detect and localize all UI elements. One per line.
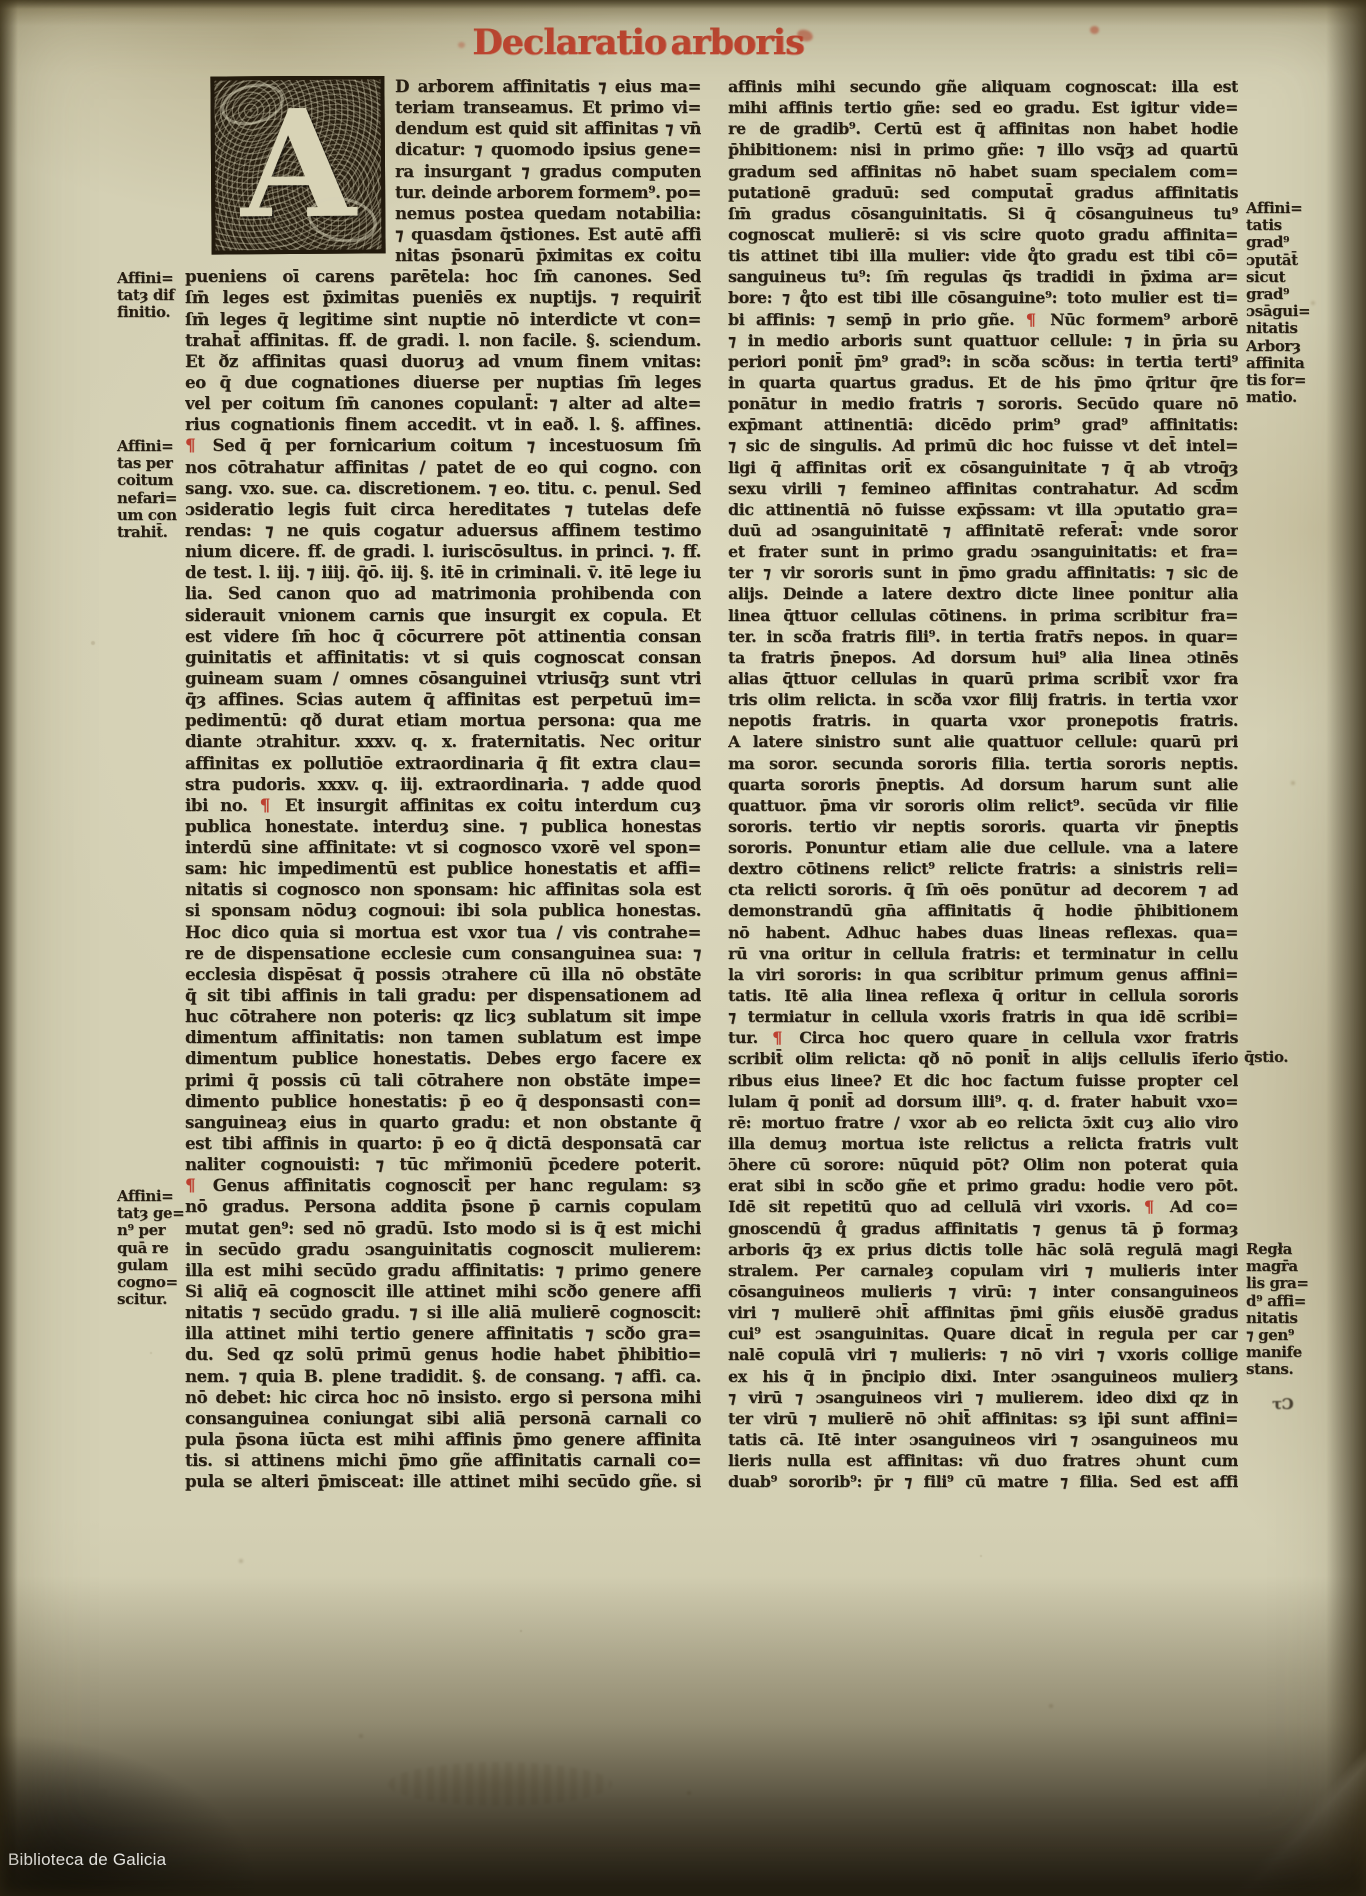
text-line: huc cōtrahere non poteris: qz licȝ subla…: [185, 1006, 701, 1027]
text-line: pula se alteri p̄misceat: ille attinet m…: [185, 1471, 701, 1492]
text-line: ribus eius linee? Et dic hoc factum fuis…: [728, 1070, 1238, 1091]
text-line: rē: mortuo fratre / vxor ab eo relicta ɔ…: [728, 1112, 1238, 1133]
text-line: nalē copulā viri ⁊ mulieris: ⁊ nō viri ⁊…: [728, 1344, 1238, 1365]
text-line: gradum sed affinitas nō habet suam speci…: [728, 161, 1238, 182]
woodcut-initial-A: A: [210, 76, 385, 255]
text-line: lia. Sed canon quo ad matrimonia prohibe…: [185, 583, 701, 604]
text-line: quattuor. p̄ma vir sororis olim relict⁹.…: [728, 795, 1238, 816]
text-line: ra insurgant ⁊ gradus computen: [395, 161, 701, 182]
text-line: nō debet: hic circa hoc nō insisto. ergo…: [185, 1387, 701, 1408]
text-line: illa est mihi secūdo gradu affinitatis: …: [185, 1260, 701, 1281]
text-line: p̄hibitionem: nisi in primo gñe: ⁊ illo …: [728, 139, 1238, 160]
text-line: tur. deinde arborem formem⁹. po=: [395, 182, 701, 203]
text-line: dimento publice honestatis: p̄ eo q̄ des…: [185, 1091, 701, 1112]
text-line: tis attinet tibi illa mulier: vide q̊to …: [728, 245, 1238, 266]
paragraph-mark: ¶: [1026, 310, 1039, 329]
text-line: nitatis ⁊ secūdo gradu. ⁊ si ille aliā m…: [185, 1302, 701, 1323]
text-line: affinis mihi secundo gñe aliquam cognosc…: [728, 76, 1238, 97]
text-line: vel per coitum ſm̄ canones copulant̄: ⁊ …: [185, 393, 701, 414]
text-line: dic attinentiā nō fuisse exp̄ssam: vt il…: [728, 499, 1238, 520]
text-line: ſm̄ leges est p̄ximitas pueniēs ex nupti…: [185, 287, 701, 308]
text-line: cta relicti sororis. q̄ ſm̄ oēs ponūtur …: [728, 879, 1238, 900]
margin-note-questio: q̄stio.: [1244, 1049, 1322, 1066]
text-line: sanguineaȝ eius in quarto gradu: et non …: [185, 1112, 701, 1133]
text-line: sanguineus tu⁹: ſm̄ regulas q̄s tradidi …: [728, 266, 1238, 287]
text-line: linea q̄ttuor cellulas cōtinens. in prim…: [728, 605, 1238, 626]
text-line: rendas: ⁊ ne quis cogatur aduersus affin…: [185, 520, 701, 541]
text-line: guineam suam / omnes cōsanguinei vtriusq…: [185, 668, 701, 689]
text-line: arboris q̄ȝ ex prius dictis tolle hāc so…: [728, 1239, 1238, 1260]
text-line: illa demuȝ mortua iste relictus a relict…: [728, 1133, 1238, 1154]
text-line: est videre ſm̄ hoc q̄ cōcurrere pōt atti…: [185, 626, 701, 647]
text-line: demonstrandū gn̄a affinitatis q̄ hodie p…: [728, 900, 1238, 921]
text-line: scribit̄ olim relicta: qð nō ponit̄ in a…: [728, 1048, 1238, 1069]
text-line: pula p̄sona iūcta est mihi affinis p̄mo …: [185, 1429, 701, 1450]
text-line: rū vna oritur in cellula fratris: et ter…: [728, 943, 1238, 964]
text-line: putationē graduū: sed computat̄ gradus a…: [728, 182, 1238, 203]
text-line: nō gradus. Persona addita p̄sone p̄ carn…: [185, 1196, 701, 1217]
text-line: ex his q̄ in p̄ncipio dixi. Inter ɔsangu…: [728, 1366, 1238, 1387]
text-line: quarta sororis p̄neptis. Ad dorsum harum…: [728, 774, 1238, 795]
scanned-page-declaratio-arboris: Declaratio arboris Affini= tatȝ dif fini…: [0, 0, 1366, 1896]
text-line: nepotis fratris. in quarta vxor pronepot…: [728, 710, 1238, 731]
text-line: ter virū ⁊ mulierē nō ɔhit̄ affinitas: s…: [728, 1408, 1238, 1429]
text-line: dimentum publice honestatis. Debes ergo …: [185, 1048, 701, 1069]
text-line: publica honestate. interduȝ sine. ⁊ publ…: [185, 816, 701, 837]
text-line: siderauit vnionem carnis que insurgit ex…: [185, 605, 701, 626]
text-line: ter ⁊ vir sororis sunt in p̄mo gradu aff…: [728, 562, 1238, 583]
text-line: de test. l. iij. ⁊ iiij. q̄ō. iij. §. it…: [185, 562, 701, 583]
text-line: cōsanguineos mulieris ⁊ virū: ⁊ inter co…: [728, 1281, 1238, 1302]
text-line: exp̄mant attinentiā: dicēdo prim⁹ grad⁹ …: [728, 414, 1238, 435]
text-line: pueniens oī carens parētela: hoc ſm̄ can…: [185, 266, 701, 287]
text-line: pedimentū: qð durat etiam mortua persona…: [185, 710, 701, 731]
text-line: illa attinet mihi tertio genere affinita…: [185, 1323, 701, 1344]
text-line: cognoscat mulierē: si vis scire quoto gr…: [728, 224, 1238, 245]
text-line: tur. ¶ Circa hoc quero quare in cellula …: [728, 1027, 1238, 1048]
text-line: ſm̄ leges q̄ legitime sint nuptie nō int…: [185, 309, 701, 330]
text-line: mutat gen⁹: sed nō gradū. Isto modo si i…: [185, 1218, 701, 1239]
text-line: tris olim relicta. in scða vxor filij fr…: [728, 689, 1238, 710]
text-line: mihi affinis tertio gñe: sed eo gradu. E…: [728, 97, 1238, 118]
text-line: dextro cōtinens relict⁹ relicte fratris:…: [728, 858, 1238, 879]
library-watermark: Biblioteca de Galicia: [8, 1850, 166, 1870]
text-line: ⁊ in medio arboris sunt quattuor cellule…: [728, 330, 1238, 351]
paragraph-mark: ¶: [185, 1175, 198, 1195]
paragraph-mark: ¶: [260, 795, 273, 815]
text-line: affinitas ex pollutiōe extraordinaria q̄…: [185, 753, 701, 774]
text-line: ta fratris p̄nepos. Ad dorsum hui⁹ alia …: [728, 647, 1238, 668]
text-line: re de dispensatione ecclesie cum consang…: [185, 943, 701, 964]
text-line: nium dicere. ff. de gradi. l. iuriscōsul…: [185, 541, 701, 562]
text-line: sam: hic impedimentū est publice honesta…: [185, 858, 701, 879]
text-line: ⁊ quasdam q̄stiones. Est autē affi: [395, 224, 701, 245]
paragraph-mark: ¶: [185, 435, 198, 455]
margin-note-affinitatis-genus: Affini= tatȝ ge= n⁹ per quā re gulam cog…: [117, 1188, 195, 1308]
text-line: ¶ Genus affinitatis cognoscit̄ per hanc …: [185, 1175, 701, 1196]
text-line: teriam transeamus. Et primo vi=: [395, 97, 701, 118]
text-line: eo q̄ due cognationes diuerse per nuptia…: [185, 372, 701, 393]
text-line: guinitatis et affinitatis: vt si quis co…: [185, 647, 701, 668]
margin-note-regula-magistralis: Regła magr̄a lis gra= d⁹ affi= nitatis ⁊…: [1246, 1241, 1324, 1379]
text-line: interdū sine affinitate: vt si cognosco …: [185, 837, 701, 858]
text-line: trahat̄ affinitas. ff. de gradi. l. non …: [185, 330, 701, 351]
text-line: ¶ Sed q̄ per fornicarium coitum ⁊ incest…: [185, 435, 701, 456]
margin-note-affinitas-per-coitum: Affini= tas per coitum nefari= um con tr…: [117, 438, 195, 541]
text-line: dicatur: ⁊ quomodo ipsius gene=: [395, 139, 701, 160]
text-line: nem. ⁊ quia B. plene tradidit. §. de con…: [185, 1366, 701, 1387]
text-line: ligi q̄ affinitas orit̄ ex cōsanguinitat…: [728, 457, 1238, 478]
text-line: q̄ sit tibi affinis in tali gradu: per d…: [185, 985, 701, 1006]
text-line: sororis. Ponuntur etiam alie due cellule…: [728, 837, 1238, 858]
text-line: lulam q̄ ponit̄ ad dorsum illi⁹. q. d. f…: [728, 1091, 1238, 1112]
page-edge-shadow-right: [1326, 0, 1366, 1896]
paragraph-mark: ¶: [1144, 1197, 1157, 1216]
initial-letter-A: A: [214, 79, 381, 248]
text-line: bi affinis: ⁊ semp̄ in prio gñe. ¶ Nūc f…: [728, 309, 1238, 330]
text-line: duū ad ɔsanguinitatē ⁊ affinitatē refera…: [728, 520, 1238, 541]
text-line: ma soror. secunda sororis filia. tertia …: [728, 753, 1238, 774]
text-line: ter. in scða fratris fili⁹. in tertia fr…: [728, 626, 1238, 647]
text-line: Et ðz affinitas quasi duoruȝ ad vnum fin…: [185, 351, 701, 372]
text-line: in quarta quartus gradus. Et de his p̄mo…: [728, 372, 1238, 393]
text-line: ecclesia dispēsat q̄ possis ɔtrahere cū …: [185, 964, 701, 985]
text-line: alias q̄ttuor cellulas in quarū prima sc…: [728, 668, 1238, 689]
text-line: diante ɔtrahitur. xxxv. q. x. fraternita…: [185, 731, 701, 752]
text-column-left: A D arborem affinitatis ⁊ eius ma=teriam…: [185, 76, 701, 1514]
page-edge-shadow-bottom: [0, 1576, 1366, 1896]
text-line: dendum est quid sit affinitas ⁊ vn̄: [395, 118, 701, 139]
red-ink-smudge: [1090, 26, 1099, 34]
text-line: periori ponit̄ p̄m⁹ grad⁹: in scða scðus…: [728, 351, 1238, 372]
text-line: q̄ȝ affines. Scias autem q̄ affinitas es…: [185, 689, 701, 710]
text-line: nemus postea quedam notabilia:: [395, 203, 701, 224]
text-line: Hoc dico quia si mortua est vxor tua / v…: [185, 922, 701, 943]
text-line: dimentum affinitatis: non tamen sublatum…: [185, 1027, 701, 1048]
paragraph-mark: ¶: [772, 1028, 785, 1047]
text-column-right: affinis mihi secundo gñe aliquam cognosc…: [728, 76, 1238, 1514]
text-line: ⁊ termiatur in cellula vxoris fratris in…: [728, 1006, 1238, 1027]
text-line: viri ⁊ mulierē ɔhit̄ affinitas p̄mi gñis…: [728, 1302, 1238, 1323]
quire-mark: τƆ: [1272, 1396, 1350, 1413]
text-line: Idē sit repetitū quo ad cellulā viri vxo…: [728, 1196, 1238, 1217]
text-line: tis. si attinens michi p̄mo gñe affinita…: [185, 1450, 701, 1471]
text-line: duab⁹ sororib⁹: p̄r ⁊ fili⁹ cū matre ⁊ f…: [728, 1471, 1238, 1492]
text-line: si sponsam nōduȝ cognoui: ibi sola publi…: [185, 900, 701, 921]
text-line: rius cognationis finem accedit. vt in ea…: [185, 414, 701, 435]
margin-note-affinitatis-gradus: Affini= tatis grad⁹ ɔputāt̄ sicut grad⁹ …: [1246, 200, 1324, 406]
text-line: tatis. Itē alia linea reflexa q̄ oritur …: [728, 985, 1238, 1006]
text-line: sexu virili ⁊ femineo affinitas contraha…: [728, 478, 1238, 499]
text-line: nitatis si cognosco non sponsam: hic aff…: [185, 879, 701, 900]
text-line: cui⁹ est ɔsanguinitas. Quare dicat̄ in r…: [728, 1323, 1238, 1344]
text-line: est tibi affinis in quarto: p̄ eo q̄ dic…: [185, 1133, 701, 1154]
foxing-specks: [0, 0, 2, 2]
text-line: re de gradib⁹. Certū est q̄ affinitas no…: [728, 118, 1238, 139]
text-line: gnoscendū q̊ gradus affinitatis ⁊ genus …: [728, 1218, 1238, 1239]
text-line: ɔsideratio legis fuit circa hereditates …: [185, 499, 701, 520]
text-line: tatis cā. Itē inter ɔsanguineos viri ⁊ ɔ…: [728, 1429, 1238, 1450]
text-line: Si aliq̄ eā cognoscit ille attinet mihi …: [185, 1281, 701, 1302]
text-line: A latere sinistro sunt alie quattuor cel…: [728, 731, 1238, 752]
text-line: sang. vxo. sue. ca. discretionem. ⁊ eo. …: [185, 478, 701, 499]
text-line: bore: ⁊ q̊to est tibi ille cōsanguine⁹: …: [728, 287, 1238, 308]
text-line: in secūdo gradu ɔsanguinitatis cognoscit…: [185, 1239, 701, 1260]
text-line: sororis. tertio vir neptis sororis. quar…: [728, 816, 1238, 837]
text-line: alijs. Deinde a latere dextro dicte line…: [728, 583, 1238, 604]
text-line: la viri sororis: in qua scribitur primum…: [728, 964, 1238, 985]
page-edge-shadow-left: [0, 0, 18, 1896]
page-corner-fold: [1216, 1726, 1366, 1896]
text-line: du. Sed qz solū primū genus hodie habet …: [185, 1344, 701, 1365]
margin-note-affinitatis-diffinitio: Affini= tatȝ dif finitio.: [117, 270, 195, 322]
text-line: D arborem affinitatis ⁊ eius ma=: [395, 76, 701, 97]
text-line: primi q̄ possis cū tali cōtrahere non ob…: [185, 1070, 701, 1091]
text-line: ibi no. ¶ Et insurgit affinitas ex coitu…: [185, 795, 701, 816]
text-line: ponātur in medio fratris ⁊ sororis. Secū…: [728, 393, 1238, 414]
text-line: consanguinea coniungat sibi aliā personā…: [185, 1408, 701, 1429]
text-line: ⁊ sic de singulis. Ad primū dic hoc fuis…: [728, 435, 1238, 456]
text-line: lieris nulla est affinitas: vñ duo fratr…: [728, 1450, 1238, 1471]
text-line: nos cōtrahatur affinitas / patet de eo q…: [185, 457, 701, 478]
text-line: nitas p̄sonarū p̄ximitas ex coitu: [395, 245, 701, 266]
blind-stamp: [388, 1762, 612, 1806]
text-line: naliter cognouisti: ⁊ tūc mřimoniū p̄ced…: [185, 1154, 701, 1175]
text-line: stra pudoris. xxxv. q. iij. extraordinar…: [185, 774, 701, 795]
page-title: Declaratio arboris: [428, 22, 848, 63]
text-line: ⁊ virū ⁊ ɔsanguineos viri ⁊ mulierem. id…: [728, 1387, 1238, 1408]
text-line: nō habent. Adhuc habes duas lineas refle…: [728, 922, 1238, 943]
text-line: stralem. Per carnaleȝ copulam viri ⁊ mul…: [728, 1260, 1238, 1281]
text-line: et frater sunt in primo gradu ɔsanguinit…: [728, 541, 1238, 562]
text-line: erat sibi in scðo gñe et primo gradu: ho…: [728, 1175, 1238, 1196]
text-line: ɔ̄here cū sorore: nūquid pōt? Olim non p…: [728, 1154, 1238, 1175]
text-line: ſm̄ gradus cōsanguinitatis. Si q̄ cōsang…: [728, 203, 1238, 224]
